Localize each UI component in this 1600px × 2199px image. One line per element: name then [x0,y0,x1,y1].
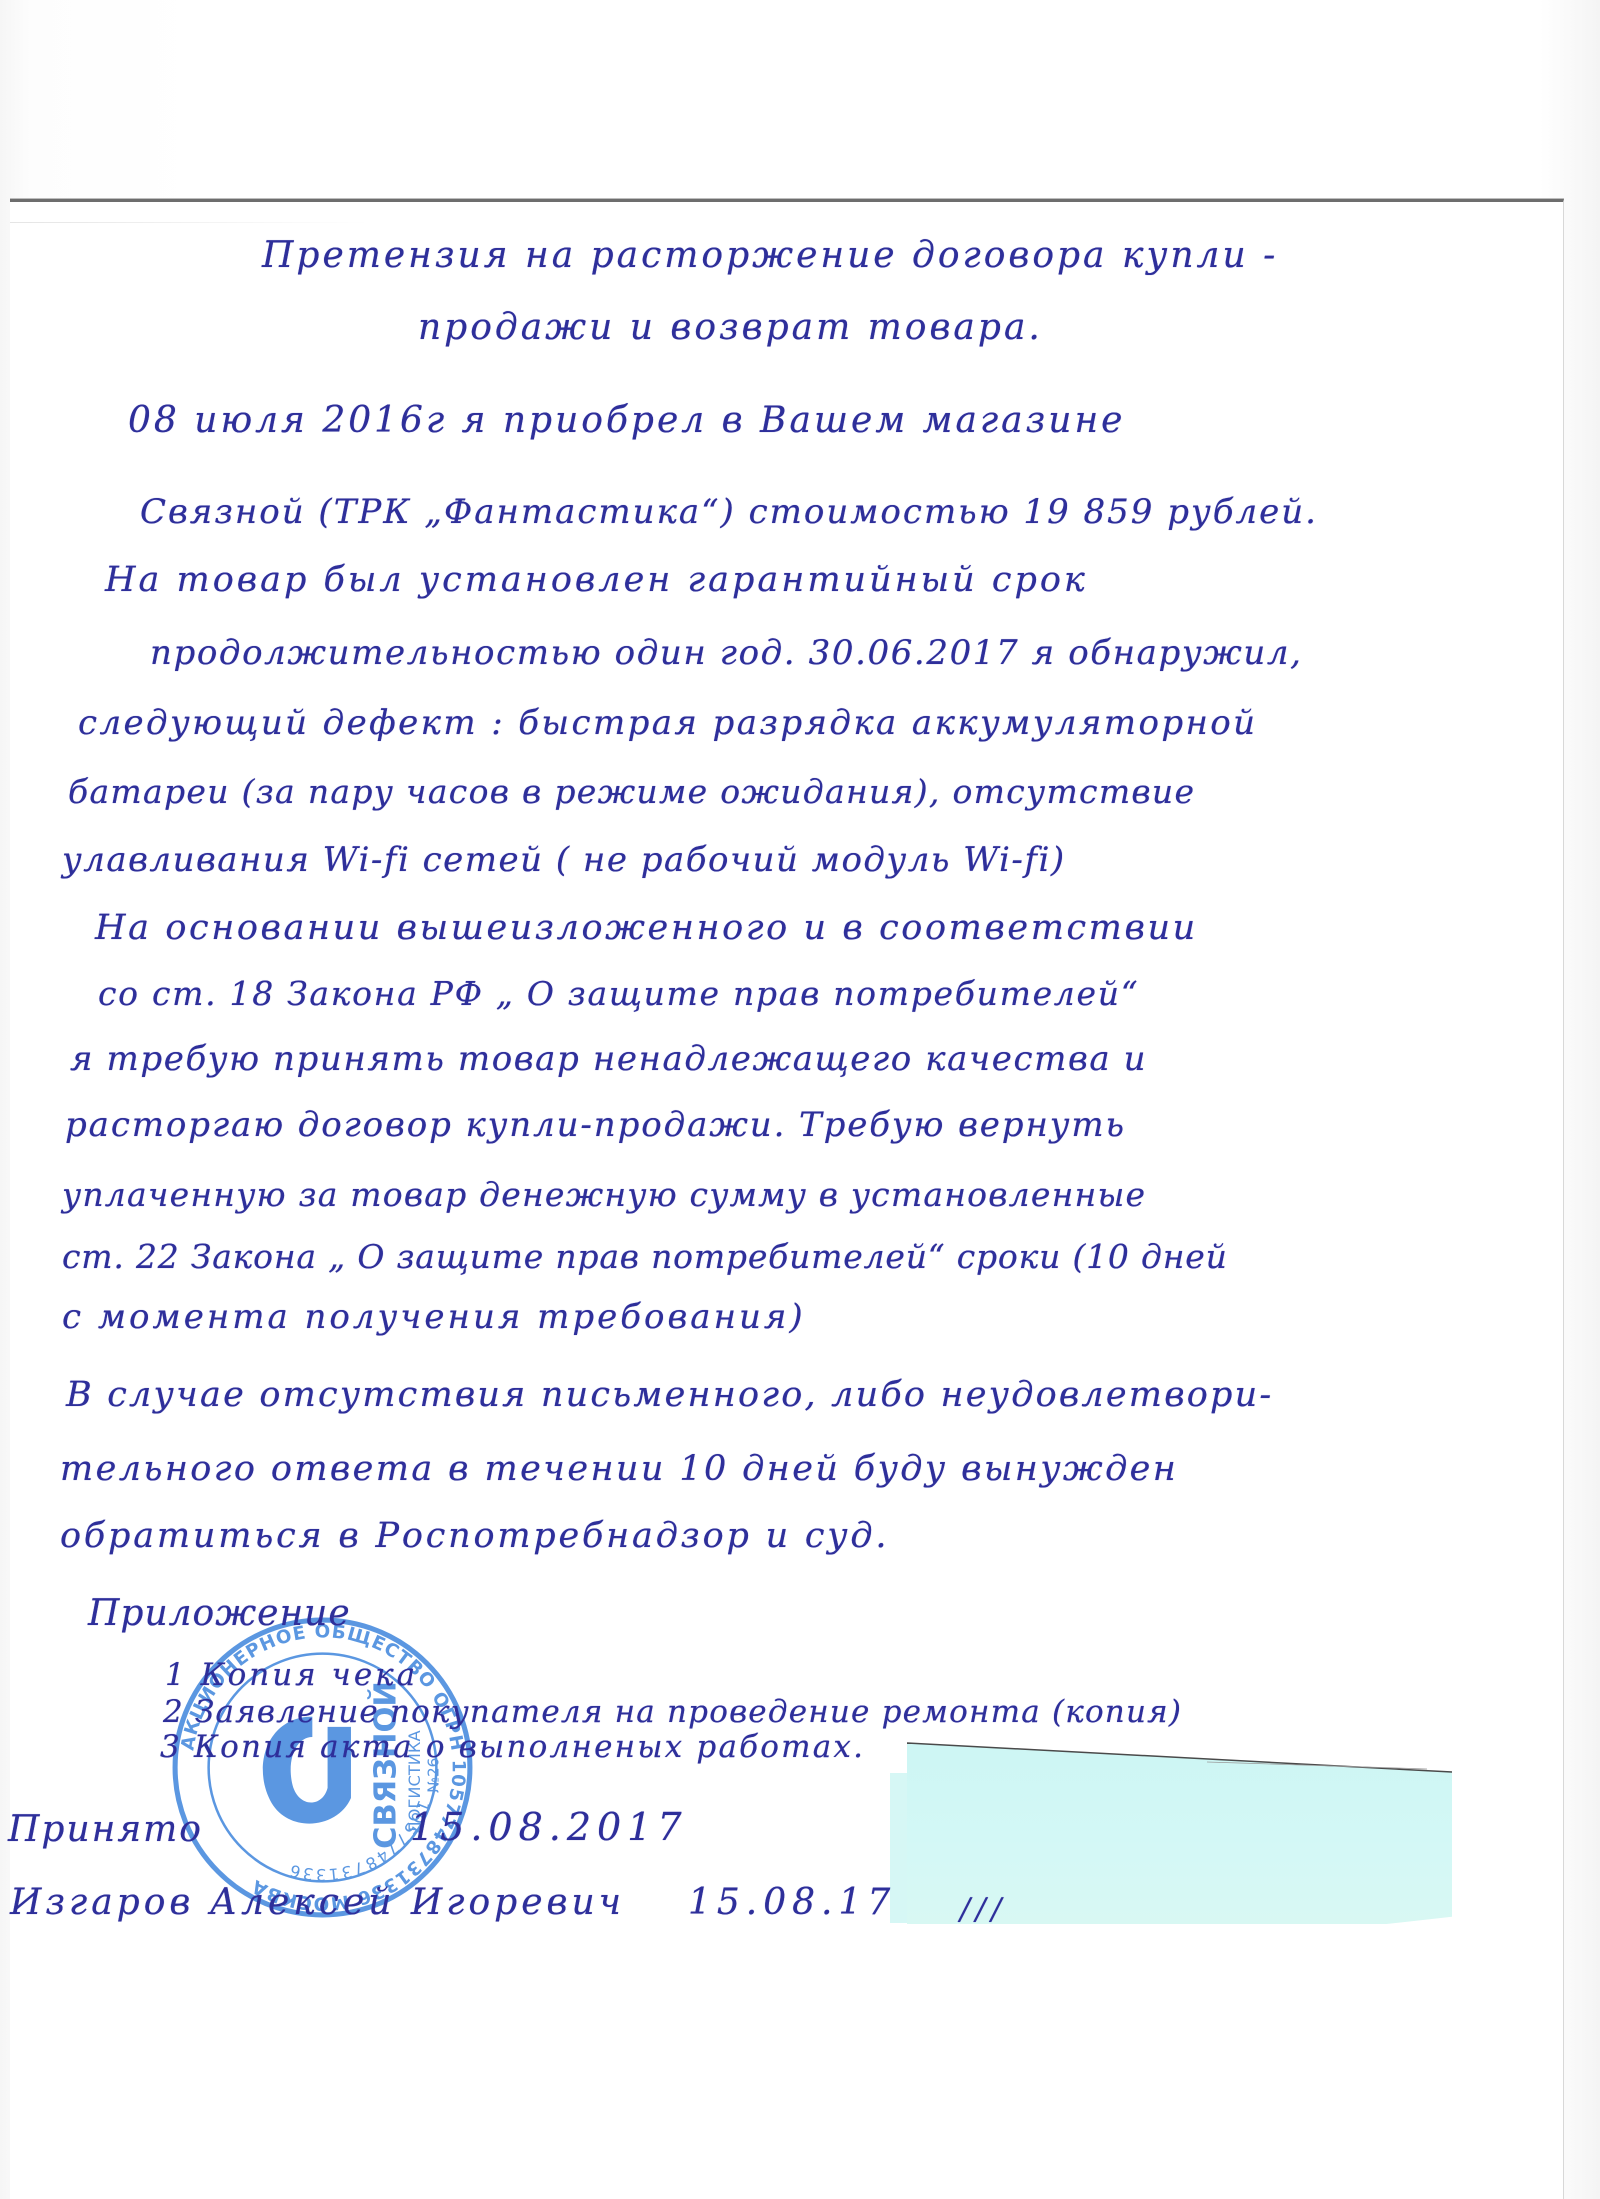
closing-line: обратиться в Роспотребнадзор и суд. [60,1519,889,1554]
signature-name: Изгаров Алексей Игоревич [10,1885,625,1921]
body-line: расторгаю договор купли-продажи. Требую … [65,1108,1126,1142]
received-date: 15.08.2017 [410,1808,688,1846]
body-line: уплаченную за товар денежную сумму в уст… [62,1178,1146,1211]
body-line: следующий дефект : быстрая разрядка акку… [78,706,1257,740]
attachment-item: 3 Копия акта о выполненых работах. [160,1732,865,1763]
body-line: батареи (за пару часов в режиме ожидания… [68,775,1195,808]
signature-date: 15.08.17 [688,1885,896,1921]
received-label: Принято [8,1812,203,1848]
document-title-line-1: Претензия на расторжение договора купли … [262,238,1278,274]
body-line: с момента получения требования) [62,1300,806,1334]
body-line: Связной (ТРК „Фантастика“) стоимостью 19… [140,495,1318,529]
body-line: продолжительностью один год. 30.06.2017 … [150,636,1303,670]
closing-line: тельного ответа в течении 10 дней буду в… [60,1452,1178,1487]
body-line: я требую принять товар ненадлежащего кач… [70,1042,1147,1076]
signature-mark: / / / [960,1895,999,1925]
body-line: 08 июля 2016г я приобрел в Вашем магазин… [128,403,1125,439]
body-line: На товар был установлен гарантийный срок [105,563,1088,598]
body-line: На основании вышеизложенного и в соответ… [95,911,1198,946]
closing-line: В случае отсутствия письменного, либо не… [66,1378,1273,1413]
document-title-line-2: продажи и возврат товара. [418,310,1043,346]
paper-fold-line [10,222,370,223]
attachment-item: 1 Копия чека [165,1660,418,1691]
body-line: улавливания Wi-fi сетей ( не рабочий мод… [62,843,1066,877]
attachment-item: 2 Заявление покупателя на проведение рем… [163,1697,1182,1728]
body-line: ст. 22 Закона „ О защите прав потребител… [62,1240,1228,1273]
body-line: со ст. 18 Закона РФ „ О защите прав потр… [98,977,1139,1010]
attachments-heading: Приложение [88,1596,351,1632]
